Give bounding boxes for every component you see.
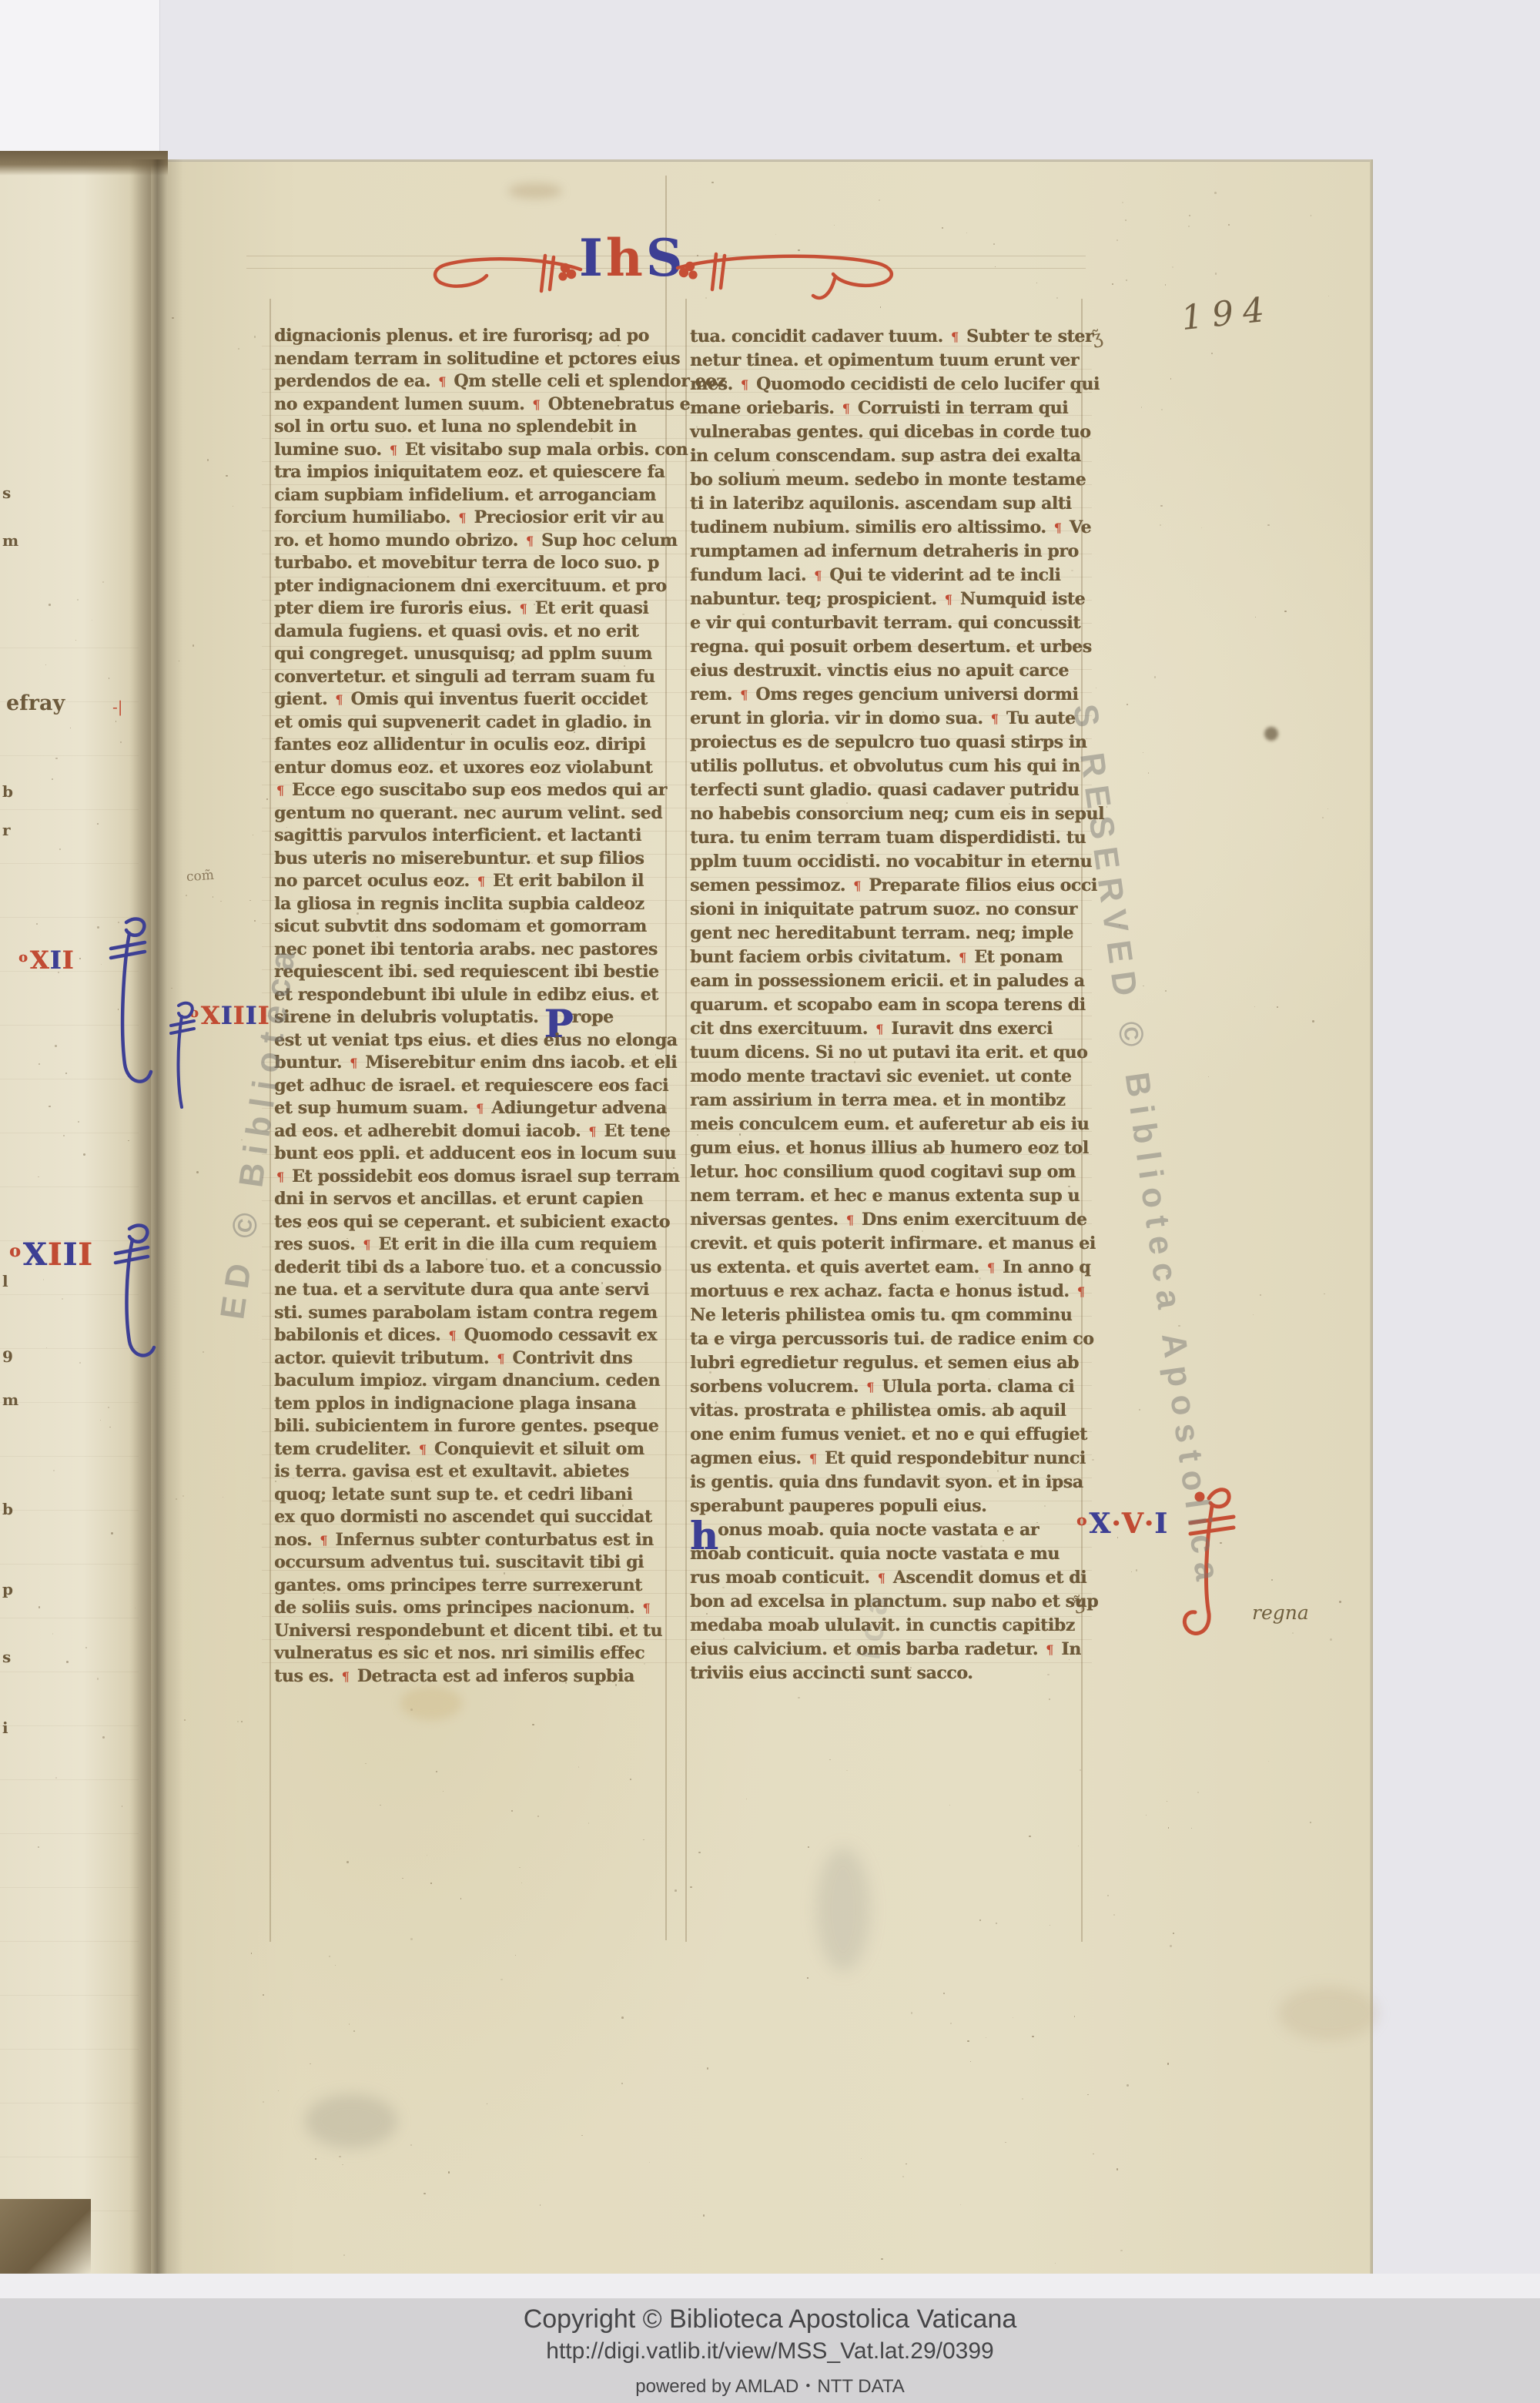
paraph-flourish-blue	[103, 913, 157, 1106]
rubric-paraph: ¶	[446, 1328, 458, 1343]
cutoff-letter: m	[2, 1391, 18, 1409]
footer-url: http://digi.vatlib.it/view/MSS_Vat.lat.2…	[0, 2338, 1540, 2365]
rubric-paraph: ¶	[274, 783, 286, 798]
stain	[400, 1686, 462, 1720]
rubric-paraph: ¶	[949, 330, 961, 344]
manuscript-text-line: tem crudeliter. ¶ Conquievit et siluit o…	[274, 1438, 665, 1461]
gutter-shadow	[129, 159, 183, 2274]
manuscript-text-line: tem pplos in indignacione plaga insana	[274, 1393, 665, 1416]
margin-note-com: com̃	[186, 868, 214, 885]
page-edge	[1370, 159, 1373, 2274]
rubric-paraph: ¶	[494, 1351, 507, 1366]
manuscript-text-line: crevit. et quis poterit infirmare. et ma…	[690, 1232, 1084, 1256]
manuscript-text-line: bus uteris no miserebuntur. et sup filio…	[274, 848, 665, 871]
stain	[816, 1848, 870, 1971]
manuscript-text-line: rus moab conticuit. ¶ Ascendit domus et …	[690, 1566, 1084, 1590]
manuscript-text-line: et omis qui supvenerit cadet in gladio. …	[274, 711, 665, 735]
manuscript-text-line: gantes. oms principes terre surrexerunt	[274, 1575, 665, 1598]
manuscript-text-line: tuum dicens. Si no ut putavi ita erit. e…	[690, 1041, 1084, 1065]
running-title-monogram: IhS	[579, 228, 686, 288]
manuscript-text-line: gum eius. et honus illius ab humero eoz …	[690, 1136, 1084, 1160]
rubric-paraph: ¶	[1043, 1642, 1056, 1657]
manuscript-text-line: ram assirium in terra mea. et in montibz	[690, 1089, 1084, 1113]
cutoff-letter: m	[2, 531, 18, 550]
rubric-paraph: ¶	[340, 1669, 352, 1684]
rubric-paraph: ¶	[985, 1260, 997, 1275]
rubric-paraph: ¶	[989, 711, 1001, 726]
rubric-paraph: ¶	[333, 692, 345, 707]
margin-note-regna: regna	[1252, 1601, 1309, 1624]
manuscript-text-line: sorbens volucrem. ¶ Ulula porta. clama c…	[690, 1375, 1084, 1399]
cutoff-letter: r	[2, 821, 11, 839]
rubric-paraph: ¶	[844, 1213, 856, 1227]
manuscript-text-line: damula fugiens. et quasi ovis. et no eri…	[274, 621, 665, 644]
manuscript-text-line: gient. ¶ Omis qui inventus fuerit occide…	[274, 688, 665, 711]
rubric-paraph: ¶	[474, 1101, 486, 1116]
manuscript-text-line: is gentis. quia dns fundavit syon. et in…	[690, 1471, 1084, 1494]
manuscript-text-line: qui congreget. unusquisq; ad pplm suum	[274, 643, 665, 666]
manuscript-text-line: dederit tibi ds a labore tuo. et a concu…	[274, 1257, 665, 1280]
manuscript-text-line: bo solium meum. sedebo in monte testame	[690, 468, 1084, 492]
footer-copyright-text: Copyright © Biblioteca Apostolica Vatica…	[0, 2304, 1540, 2334]
rubric-paraph: ¶	[864, 1380, 876, 1394]
manuscript-text-line: mane oriebaris. ¶ Corruisti in terram qu…	[690, 397, 1084, 420]
manuscript-text-line: buntur. ¶ Miserebitur enim dns iacob. et…	[274, 1052, 665, 1075]
manuscript-text-line: convertetur. et singuli ad terram suam f…	[274, 666, 665, 689]
manuscript-text-line: ne tua. et a servitute dura qua ante ser…	[274, 1279, 665, 1302]
manuscript-text-line: requiescent ibi. sed requiescent ibi bes…	[274, 961, 665, 984]
manuscript-text-line: actor. quievit tributum. ¶ Contrivit dns	[274, 1347, 665, 1371]
manuscript-text-line: pter indignacionem dni exercituum. et pr…	[274, 575, 665, 598]
paraph-flourish-blue	[109, 1221, 159, 1375]
cutoff-letter: l	[2, 1272, 8, 1290]
manuscript-text-line: lumine suo. ¶ Et visitabo sup mala orbis…	[274, 439, 665, 462]
manuscript-text-line: utilis pollutus. et obvolutus cum his qu…	[690, 755, 1084, 778]
rubric-paraph: ¶	[417, 1442, 429, 1457]
manuscript-text-line: vulneratus es sic et nos. nri similis ef…	[274, 1642, 665, 1665]
manuscript-text-line: est ut veniat tps eius. et dies eius no …	[274, 1029, 665, 1053]
manuscript-text-line: dni in servos et ancillas. et erunt capi…	[274, 1188, 665, 1211]
rubric-paraph: ¶	[851, 879, 863, 893]
rubric-paraph: ¶	[360, 1237, 373, 1252]
manuscript-text-line: no habebis consorcium neq; cum eis in se…	[690, 802, 1084, 826]
manuscript-text-line: nem terram. et hec e manus extenta sup u	[690, 1184, 1084, 1208]
rubric-paraph: ¶	[317, 1533, 330, 1548]
manuscript-text-line: turbabo. et movebitur terra de loco suo.…	[274, 552, 665, 575]
manuscript-text-line: tudinem nubium. similis ero altissimo. ¶…	[690, 516, 1084, 540]
manuscript-text-line: cit dns exercituum. ¶ Iuravit dns exerci	[690, 1017, 1084, 1041]
manuscript-text-line: tura. tu enim terram tuam disperdidisti.…	[690, 826, 1084, 850]
manuscript-text-line: quarum. et scopabo eam in scopa terens d…	[690, 993, 1084, 1017]
manuscript-text-line: ciam supbiam infidelium. et arroganciam	[274, 484, 665, 507]
manuscript-text-line: rem. ¶ Oms reges gencium universi dormi	[690, 683, 1084, 707]
manuscript-text-line: nendam terram in solitudine et pctores e…	[274, 348, 665, 371]
rubric-paraph: ¶	[586, 1124, 598, 1139]
manuscript-text-line: tes eos qui se ceperant. et subicient ex…	[274, 1211, 665, 1234]
cutoff-letter: b	[2, 1500, 13, 1518]
manuscript-text-line: regna. qui posuit orbem desertum. et urb…	[690, 635, 1084, 659]
manuscript-text-line: pter diem ire furoris eius. ¶ Et erit qu…	[274, 597, 665, 621]
strip-ruling	[0, 594, 139, 2211]
manuscript-text-line: is terra. gavisa est et exultavit. abiet…	[274, 1461, 665, 1484]
manuscript-text-line: bunt faciem orbis civitatum. ¶ Et ponam	[690, 945, 1084, 969]
rubric-paraph: ¶	[875, 1571, 888, 1585]
monogram-letter: h	[606, 228, 646, 288]
text-column-left: dignacionis plenus. et ire furorisq; ad …	[274, 325, 665, 1688]
stain	[1278, 1986, 1378, 2040]
manuscript-text-line: vulnerabas gentes. qui dicebas in corde …	[690, 420, 1084, 444]
header-flourish-left	[430, 249, 584, 305]
rubric-paraph: ¶	[640, 1601, 652, 1615]
manuscript-text-line: in celum conscendam. sup astra dei exalt…	[690, 444, 1084, 468]
facing-page-strip	[0, 163, 151, 2274]
rubric-paraph: ¶	[531, 397, 543, 412]
manuscript-text-line: honus moab. quia nocte vastata e ar	[690, 1518, 1084, 1542]
manuscript-text-line: dignacionis plenus. et ire furorisq; ad …	[274, 325, 665, 348]
manuscript-text-line: nec ponet ibi tentoria arabs. nec pastor…	[274, 939, 665, 962]
rubric-paraph: ¶	[436, 374, 448, 389]
stain	[508, 183, 562, 199]
manuscript-text-line: no expandent lumen suum. ¶ Obtenebratus …	[274, 393, 665, 417]
manuscript-text-line: moab conticuit. quia nocte vastata e mu	[690, 1542, 1084, 1566]
manuscript-text-line: sti. sumes parabolam istam contra regem	[274, 1302, 665, 1325]
manuscript-text-line: ta e virga percussoris tui. de radice en…	[690, 1327, 1084, 1351]
backdrop-card	[0, 0, 160, 159]
stain	[305, 2094, 397, 2148]
cutoff-letter: 9	[2, 1347, 13, 1366]
manuscript-text-line: ti in lateribz aquilonis. ascendam sup a…	[690, 492, 1084, 516]
rubric-paraph: ¶	[840, 401, 852, 416]
margin-note-red-tick: -|	[112, 698, 123, 716]
manuscript-text-line: nabuntur. teq; prospicient. ¶ Numquid is…	[690, 587, 1084, 611]
manuscript-text-line: sirene in delubris voluptatis. Prope	[274, 1006, 665, 1029]
rubric-paraph: ¶	[807, 1451, 819, 1466]
chapter-numeral-xvi: oX·V·I	[1076, 1508, 1168, 1540]
manuscript-text-line: us extenta. et quis avertet eam. ¶ In an…	[690, 1256, 1084, 1280]
manuscript-text-line: tus es. ¶ Detracta est ad inferos supbia	[274, 1665, 665, 1688]
manuscript-text-line: fundum laci. ¶ Qui te viderint ad te inc…	[690, 564, 1084, 587]
manuscript-text-line: netur tinea. et opimentum tuum erunt ver	[690, 349, 1084, 373]
illuminated-initial: P	[544, 1006, 572, 1023]
manuscript-text-line: sperabunt pauperes populi eius.	[690, 1494, 1084, 1518]
manuscript-text-line: res suos. ¶ Et erit in die illa cum requ…	[274, 1233, 665, 1257]
manuscript-text-line: niversas gentes. ¶ Dns enim exercituum d…	[690, 1208, 1084, 1232]
manuscript-text-line: entur domus eoz. et uxores eoz violabunt	[274, 757, 665, 780]
ruling-line	[685, 299, 687, 1942]
illuminated-initial: h	[690, 1518, 718, 1535]
manuscript-text-line: erunt in gloria. vir in domo sua. ¶ Tu a…	[690, 707, 1084, 731]
manuscript-text-line: bunt eos ppli. et adducent eos in locum …	[274, 1143, 665, 1166]
manuscript-text-line: gentum no querant. nec aurum velint. sed	[274, 802, 665, 825]
manuscript-text-line: ad eos. et adherebit domui iacob. ¶ Et t…	[274, 1120, 665, 1143]
manuscript-text-line: ex quo dormisti no ascendet qui succidat	[274, 1506, 665, 1529]
manuscript-text-line: fantes eoz allidentur in oculis eoz. dir…	[274, 734, 665, 757]
manuscript-text-line: vitas. prostrata e philistea omis. ab aq…	[690, 1399, 1084, 1423]
manuscript-text-line: la gliosa in regnis inclita supbia calde…	[274, 893, 665, 916]
cutoff-letter: s	[2, 484, 11, 502]
manuscript-text-line: mortuus e rex achaz. facta e honus istud…	[690, 1280, 1084, 1304]
manuscript-text-line: no parcet oculus eoz. ¶ Et erit babilon …	[274, 870, 665, 893]
manuscript-text-line: lubri egredietur regulus. et semen eius …	[690, 1351, 1084, 1375]
manuscript-text-line: et respondebunt ibi ulule in edibz eius.…	[274, 984, 665, 1007]
manuscript-text-line: letur. hoc consilium quod cogitavi sup o…	[690, 1160, 1084, 1184]
rubric-paraph: ¶	[274, 1170, 286, 1184]
digitized-manuscript-viewer: IhS 194 ʒ̃ ʒ̃ oXII oXIII oXIIII oX·V·I	[0, 0, 1540, 2403]
manuscript-text-line: meis conculcem eum. et auferetur ab eis …	[690, 1113, 1084, 1136]
manuscript-text-line: perdendos de ea. ¶ Qm stelle celi et spl…	[274, 370, 665, 393]
manuscript-text-line: sioni in iniquitate patrum suoz. no cons…	[690, 898, 1084, 922]
rubric-paraph: ¶	[524, 534, 536, 548]
manuscript-text-line: modo mente tractavi sic eveniet. ut cont…	[690, 1065, 1084, 1089]
paraph-flourish-blue-small	[168, 999, 199, 1123]
rubric-paraph: ¶	[738, 688, 750, 702]
manuscript-text-line: bili. subicientem in furore gentes. pseq…	[274, 1415, 665, 1438]
rubric-paraph: ¶	[956, 950, 969, 965]
chapter-numeral-xii: oXII	[18, 945, 75, 975]
manuscript-text-line: eam in possessionem ericii. et in palude…	[690, 969, 1084, 993]
manuscript-text-line: baculum impioz. virgam dnancium. ceden	[274, 1370, 665, 1393]
manuscript-text-line: Universi respondebunt et dicent tibi. et…	[274, 1620, 665, 1643]
manuscript-text-line: Ne leteris philistea omis tu. qm comminu	[690, 1304, 1084, 1327]
manuscript-text-line: tua. concidit cadaver tuum. ¶ Subter te …	[690, 325, 1084, 349]
manuscript-text-line: mes. ¶ Quomodo cecidisti de celo lucifer…	[690, 373, 1084, 397]
manuscript-text-line: ¶ Et possidebit eos domus israel sup ter…	[274, 1166, 665, 1189]
manuscript-text-line: tra impios iniquitatem eoz. et quiescere…	[274, 461, 665, 484]
manuscript-text-line: gent nec hereditabunt terram. neq; imple	[690, 922, 1084, 945]
manuscript-text-line: sol in ortu suo. et luna no splendebit i…	[274, 416, 665, 439]
header-flourish-right	[671, 245, 902, 314]
cutoff-letter: p	[2, 1580, 13, 1598]
manuscript-text-line: occursum adventus tui. suscitavit tibi g…	[274, 1551, 665, 1575]
rubric-paraph: ¶	[475, 874, 487, 889]
margin-note-efray: efray	[6, 691, 65, 715]
manuscript-text-line: sicut subvtit dns sodomam et gomorram	[274, 915, 665, 939]
copyright-footer: Copyright © Biblioteca Apostolica Vatica…	[0, 2298, 1540, 2403]
backdrop-bottom-strip	[0, 2274, 1540, 2298]
manuscript-text-line: ro. et homo mundo obrizo. ¶ Sup hoc celu…	[274, 530, 665, 553]
rubric-paraph: ¶	[387, 443, 400, 457]
rubric-paraph: ¶	[1052, 520, 1064, 535]
manuscript-text-line: rumptamen ad infernum detraheris in pro	[690, 540, 1084, 564]
rubric-paraph: ¶	[347, 1056, 360, 1070]
manuscript-text-line: de soliis suis. oms principes nacionum. …	[274, 1597, 665, 1620]
cutoff-letter: s	[2, 1648, 11, 1666]
manuscript-text-line: sagittis parvulos interficient. et lacta…	[274, 825, 665, 848]
cutoff-letter: i	[2, 1719, 8, 1737]
footer-powered-by: powered by AMLAD・NTT DATA	[0, 2371, 1540, 2398]
stain	[1264, 727, 1278, 741]
manuscript-text-line: get adhuc de israel. et requiescere eos …	[274, 1075, 665, 1098]
rubric-paraph: ¶	[873, 1022, 885, 1036]
manuscript-text-line: ¶ Ecce ego suscitabo sup eos medos qui a…	[274, 779, 665, 802]
chapter-numeral-xiii: oXIII	[9, 1237, 93, 1273]
manuscript-text-line: forcium humiliabo. ¶ Preciosior erit vir…	[274, 507, 665, 530]
rubric-paraph: ¶	[1075, 1284, 1087, 1299]
manuscript-text-line: quoq; letate sunt sup te. et cedri liban…	[274, 1484, 665, 1507]
manuscript-text-line: eius destruxit. vinctis eius no apuit ca…	[690, 659, 1084, 683]
manuscript-text-line: semen pessimoz. ¶ Preparate filios eius …	[690, 874, 1084, 898]
manuscript-text-line: et sup humum suam. ¶ Adiungetur advena	[274, 1097, 665, 1120]
rubric-paraph: ¶	[738, 377, 751, 392]
manuscript-text-line: agmen eius. ¶ Et quid respondebitur nunc…	[690, 1447, 1084, 1471]
manuscript-text-line: one enim fumus veniet. et no e qui effug…	[690, 1423, 1084, 1447]
manuscript-text-line: e vir qui conturbavit terram. qui concus…	[690, 611, 1084, 635]
manuscript-text-line: babilonis et dices. ¶ Quomodo cessavit e…	[274, 1324, 665, 1347]
cutoff-letter: b	[2, 782, 13, 801]
rubric-paraph: ¶	[517, 601, 530, 616]
manuscript-text-line: triviis eius accincti sunt sacco.	[690, 1662, 1084, 1685]
manuscript-text-line: proiectus es de sepulcro tuo quasi stirp…	[690, 731, 1084, 755]
manuscript-text-line: nos. ¶ Infernus subter conturbatus est i…	[274, 1529, 665, 1552]
book-edge-bottom	[0, 2199, 91, 2274]
manuscript-text-line: pplm tuum occidisti. no vocabitur in ete…	[690, 850, 1084, 874]
rubric-paraph: ¶	[812, 568, 824, 583]
rubric-paraph: ¶	[942, 592, 955, 607]
text-column-right: tua. concidit cadaver tuum. ¶ Subter te …	[690, 325, 1084, 1685]
rubric-paraph: ¶	[456, 510, 468, 525]
manuscript-text-line: terfecti sunt gladio. quasi cadaver putr…	[690, 778, 1084, 802]
